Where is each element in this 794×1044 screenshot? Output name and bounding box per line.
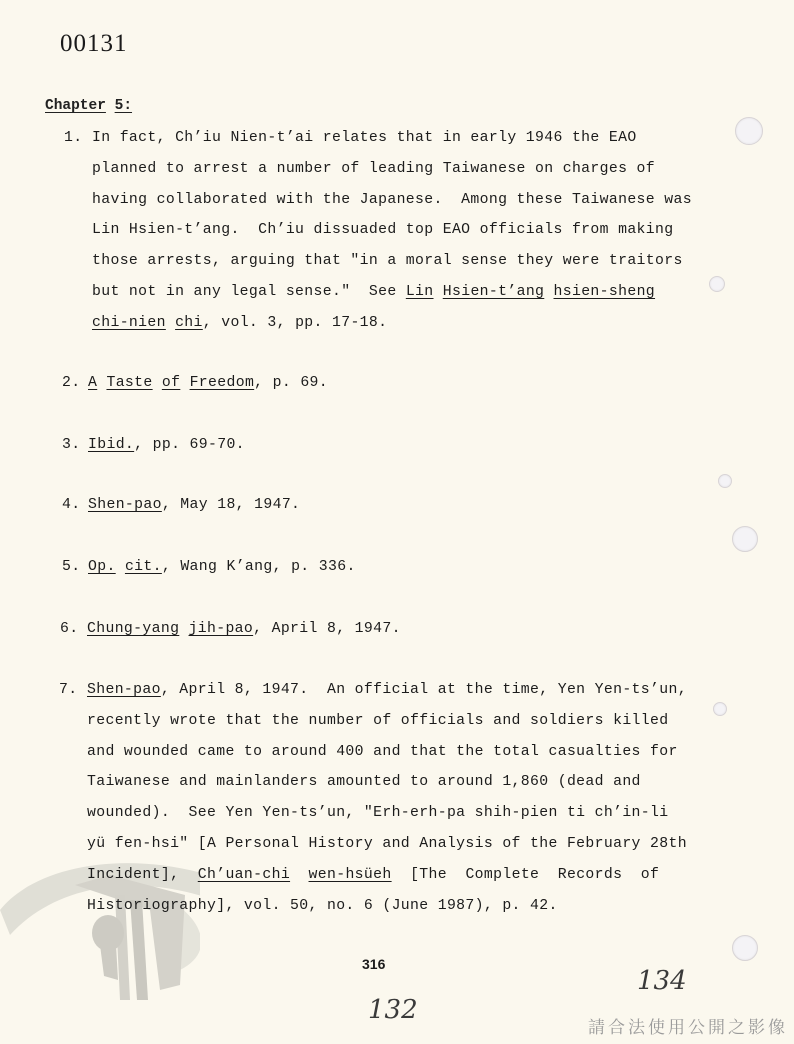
cited-title: Freedom xyxy=(190,375,255,391)
handwritten-number-right: 134 xyxy=(637,966,687,996)
cited-title: Hsien-t’ang xyxy=(443,284,545,300)
text-run: wounded). See Yen Yen-ts’un, "Erh-erh-pa… xyxy=(87,805,668,821)
text-run: , May 18, 1947. xyxy=(162,497,300,513)
text-run: recently wrote that the number of offici… xyxy=(87,713,668,729)
text-run xyxy=(544,284,553,300)
endnote-line: Shen-pao, May 18, 1947. xyxy=(62,490,300,521)
page-id: 00131 xyxy=(60,30,128,58)
endnote-line: but not in any legal sense." See Lin Hsi… xyxy=(64,277,692,308)
endnote-7: 7.Shen-pao, April 8, 1947. An official a… xyxy=(59,675,687,921)
endnote-line: Shen-pao, April 8, 1947. An official at … xyxy=(59,675,687,706)
text-run xyxy=(434,284,443,300)
punch-hole xyxy=(718,474,732,488)
endnote-number: 7. xyxy=(59,675,77,706)
handwritten-number-left: 132 xyxy=(368,995,418,1025)
endnote-4: 4.Shen-pao, May 18, 1947. xyxy=(62,490,300,521)
punch-hole xyxy=(732,935,758,961)
punch-hole xyxy=(713,702,727,716)
endnote-line: A Taste of Freedom, p. 69. xyxy=(62,368,328,399)
text-run: Taiwanese and mainlanders amounted to ar… xyxy=(87,774,641,790)
cited-title: chi xyxy=(175,315,203,331)
text-run xyxy=(290,867,308,883)
cited-title: Lin xyxy=(406,284,434,300)
endnote-line: wounded). See Yen Yen-ts’un, "Erh-erh-pa… xyxy=(59,798,687,829)
text-run: , April 8, 1947. An official at the time… xyxy=(161,682,687,698)
text-run: , Wang K’ang, p. 336. xyxy=(162,559,356,575)
text-run: yü fen-hsi" [A Personal History and Anal… xyxy=(87,836,687,852)
cited-title: Op. xyxy=(88,559,116,575)
endnote-line: Taiwanese and mainlanders amounted to ar… xyxy=(59,767,687,798)
endnote-line: chi-nien chi, vol. 3, pp. 17-18. xyxy=(64,308,692,339)
text-run: Lin Hsien-t’ang. Ch’iu dissuaded top EAO… xyxy=(92,222,673,238)
text-run: having collaborated with the Japanese. A… xyxy=(92,192,692,208)
cited-title: wen-hsüeh xyxy=(309,867,392,883)
endnote-number: 5. xyxy=(62,552,80,583)
text-run: Historiography], vol. 50, no. 6 (June 19… xyxy=(87,898,558,914)
cited-title: Ch’uan-chi xyxy=(198,867,290,883)
page-number: 316 xyxy=(362,956,385,972)
text-run: and wounded came to around 400 and that … xyxy=(87,744,678,760)
text-run: , vol. 3, pp. 17-18. xyxy=(203,315,388,331)
endnote-3: 3.Ibid., pp. 69-70. xyxy=(62,430,245,461)
text-run xyxy=(166,315,175,331)
punch-hole xyxy=(709,276,725,292)
endnote-line: Ibid., pp. 69-70. xyxy=(62,430,245,461)
endnote-5: 5.Op. cit., Wang K’ang, p. 336. xyxy=(62,552,356,583)
text-run: Incident], xyxy=(87,867,198,883)
endnote-2: 2.A Taste of Freedom, p. 69. xyxy=(62,368,328,399)
endnote-line: recently wrote that the number of offici… xyxy=(59,706,687,737)
cited-title: chi-nien xyxy=(92,315,166,331)
cited-title: Ibid. xyxy=(88,437,134,453)
endnote-line: having collaborated with the Japanese. A… xyxy=(64,185,692,216)
endnote-line: planned to arrest a number of leading Ta… xyxy=(64,154,692,185)
text-run: but not in any legal sense." See xyxy=(92,284,406,300)
cited-title: Shen-pao xyxy=(87,682,161,698)
cited-title: Chung-yang xyxy=(87,621,179,637)
cited-title: hsien-sheng xyxy=(554,284,656,300)
cited-title: Taste xyxy=(106,375,152,391)
text-run: In fact, Ch’iu Nien-t’ai relates that in… xyxy=(92,130,637,146)
cited-title: of xyxy=(162,375,180,391)
cited-title: Shen-pao xyxy=(88,497,162,513)
chapter-word: Chapter xyxy=(45,98,106,114)
text-run: , pp. 69-70. xyxy=(134,437,245,453)
cited-title: jih-pao xyxy=(189,621,254,637)
punch-hole xyxy=(735,117,763,145)
text-run xyxy=(116,559,125,575)
chapter-heading: Chapter 5: xyxy=(45,98,132,114)
text-run xyxy=(153,375,162,391)
usage-watermark: 請合法使用公開之影像 xyxy=(588,1013,788,1038)
endnote-line: Chung-yang jih-pao, April 8, 1947. xyxy=(60,614,401,645)
endnote-line: Op. cit., Wang K’ang, p. 336. xyxy=(62,552,356,583)
endnote-number: 6. xyxy=(60,614,78,645)
endnote-number: 2. xyxy=(62,368,80,399)
text-run: [The Complete Records of xyxy=(392,867,660,883)
endnote-line: yü fen-hsi" [A Personal History and Anal… xyxy=(59,829,687,860)
endnote-number: 3. xyxy=(62,430,80,461)
endnote-line: those arrests, arguing that "in a moral … xyxy=(64,246,692,277)
endnote-line: Lin Hsien-t’ang. Ch’iu dissuaded top EAO… xyxy=(64,215,692,246)
endnote-1: 1.In fact, Ch’iu Nien-t’ai relates that … xyxy=(64,123,692,339)
endnote-number: 4. xyxy=(62,490,80,521)
cited-title: cit. xyxy=(125,559,162,575)
chapter-number: 5: xyxy=(115,98,132,114)
endnote-line: In fact, Ch’iu Nien-t’ai relates that in… xyxy=(64,123,692,154)
text-run xyxy=(179,621,188,637)
text-run: planned to arrest a number of leading Ta… xyxy=(92,161,655,177)
text-run xyxy=(180,375,189,391)
punch-hole xyxy=(732,526,758,552)
text-run: , p. 69. xyxy=(254,375,328,391)
endnote-line: and wounded came to around 400 and that … xyxy=(59,737,687,768)
cited-title: A xyxy=(88,375,97,391)
text-run: those arrests, arguing that "in a moral … xyxy=(92,253,683,269)
endnote-line: Incident], Ch’uan-chi wen-hsüeh [The Com… xyxy=(59,860,687,891)
text-run: , April 8, 1947. xyxy=(253,621,401,637)
endnote-number: 1. xyxy=(64,123,82,154)
endnote-line: Historiography], vol. 50, no. 6 (June 19… xyxy=(59,891,687,922)
endnote-6: 6.Chung-yang jih-pao, April 8, 1947. xyxy=(60,614,401,645)
